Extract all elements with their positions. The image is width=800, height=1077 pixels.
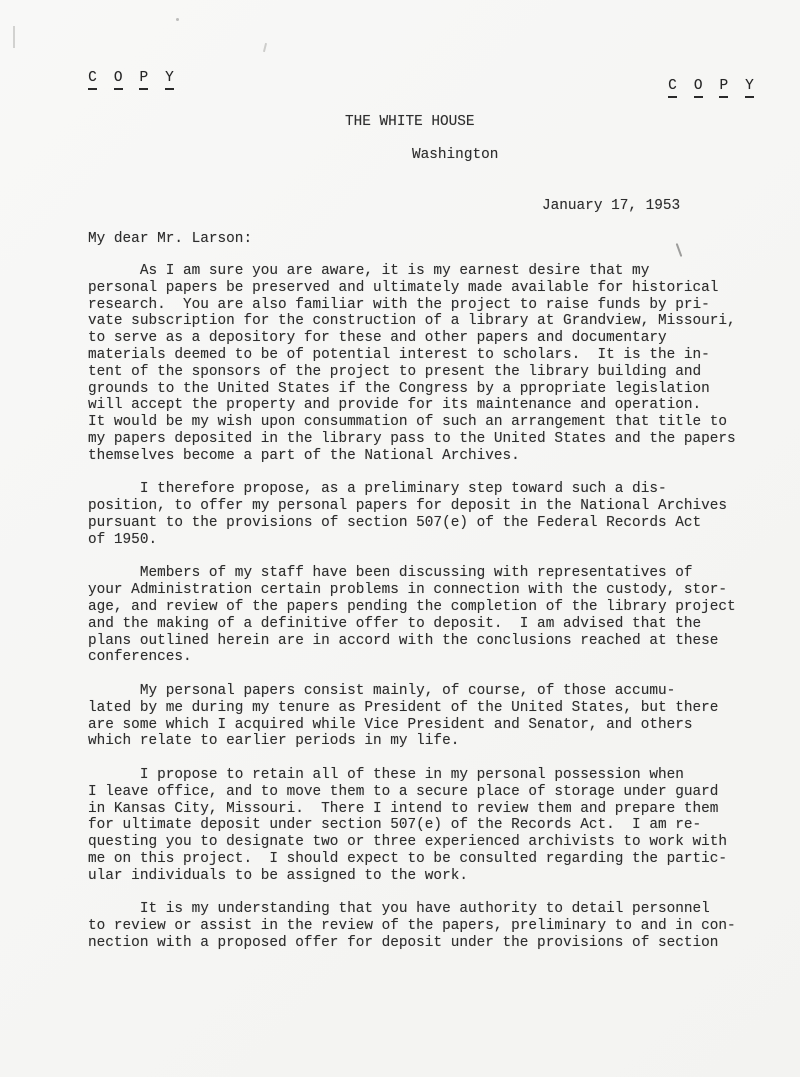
copy-stamp-right-letter: C <box>668 78 677 98</box>
date-line: January 17, 1953 <box>542 198 680 215</box>
copy-stamp-left-letter: Y <box>165 70 174 90</box>
copy-stamp-left-letter: C <box>88 70 97 90</box>
paragraph-4: My personal papers consist mainly, of co… <box>88 683 748 750</box>
letterhead-organization: THE WHITE HOUSE <box>345 114 475 131</box>
copy-stamp-left-letter: O <box>114 70 123 90</box>
copy-stamp-right-letter: P <box>719 78 728 98</box>
scan-artifact-edge-line <box>13 26 15 48</box>
paragraph-5: I propose to retain all of these in my p… <box>88 767 748 885</box>
copy-stamp-right-letter: O <box>694 78 703 98</box>
copy-stamp-left: C O P Y <box>88 70 174 90</box>
copy-stamp-right: C O P Y <box>668 78 754 98</box>
paragraph-3: Members of my staff have been discussing… <box>88 565 748 666</box>
scan-artifact-speck <box>176 18 179 21</box>
scan-artifact-tick <box>263 43 267 52</box>
scan-artifact-pen-stroke <box>676 243 683 257</box>
salutation: My dear Mr. Larson: <box>88 231 252 248</box>
copy-stamp-left-letter: P <box>139 70 148 90</box>
paragraph-2: I therefore propose, as a preliminary st… <box>88 481 748 548</box>
letterhead-city: Washington <box>412 147 498 164</box>
letter-body: As I am sure you are aware, it is my ear… <box>88 263 748 968</box>
copy-stamp-right-letter: Y <box>745 78 754 98</box>
letter-page: C O P Y C O P Y THE WHITE HOUSE Washingt… <box>0 0 800 1077</box>
paragraph-6: It is my understanding that you have aut… <box>88 901 748 951</box>
paragraph-1: As I am sure you are aware, it is my ear… <box>88 263 748 465</box>
